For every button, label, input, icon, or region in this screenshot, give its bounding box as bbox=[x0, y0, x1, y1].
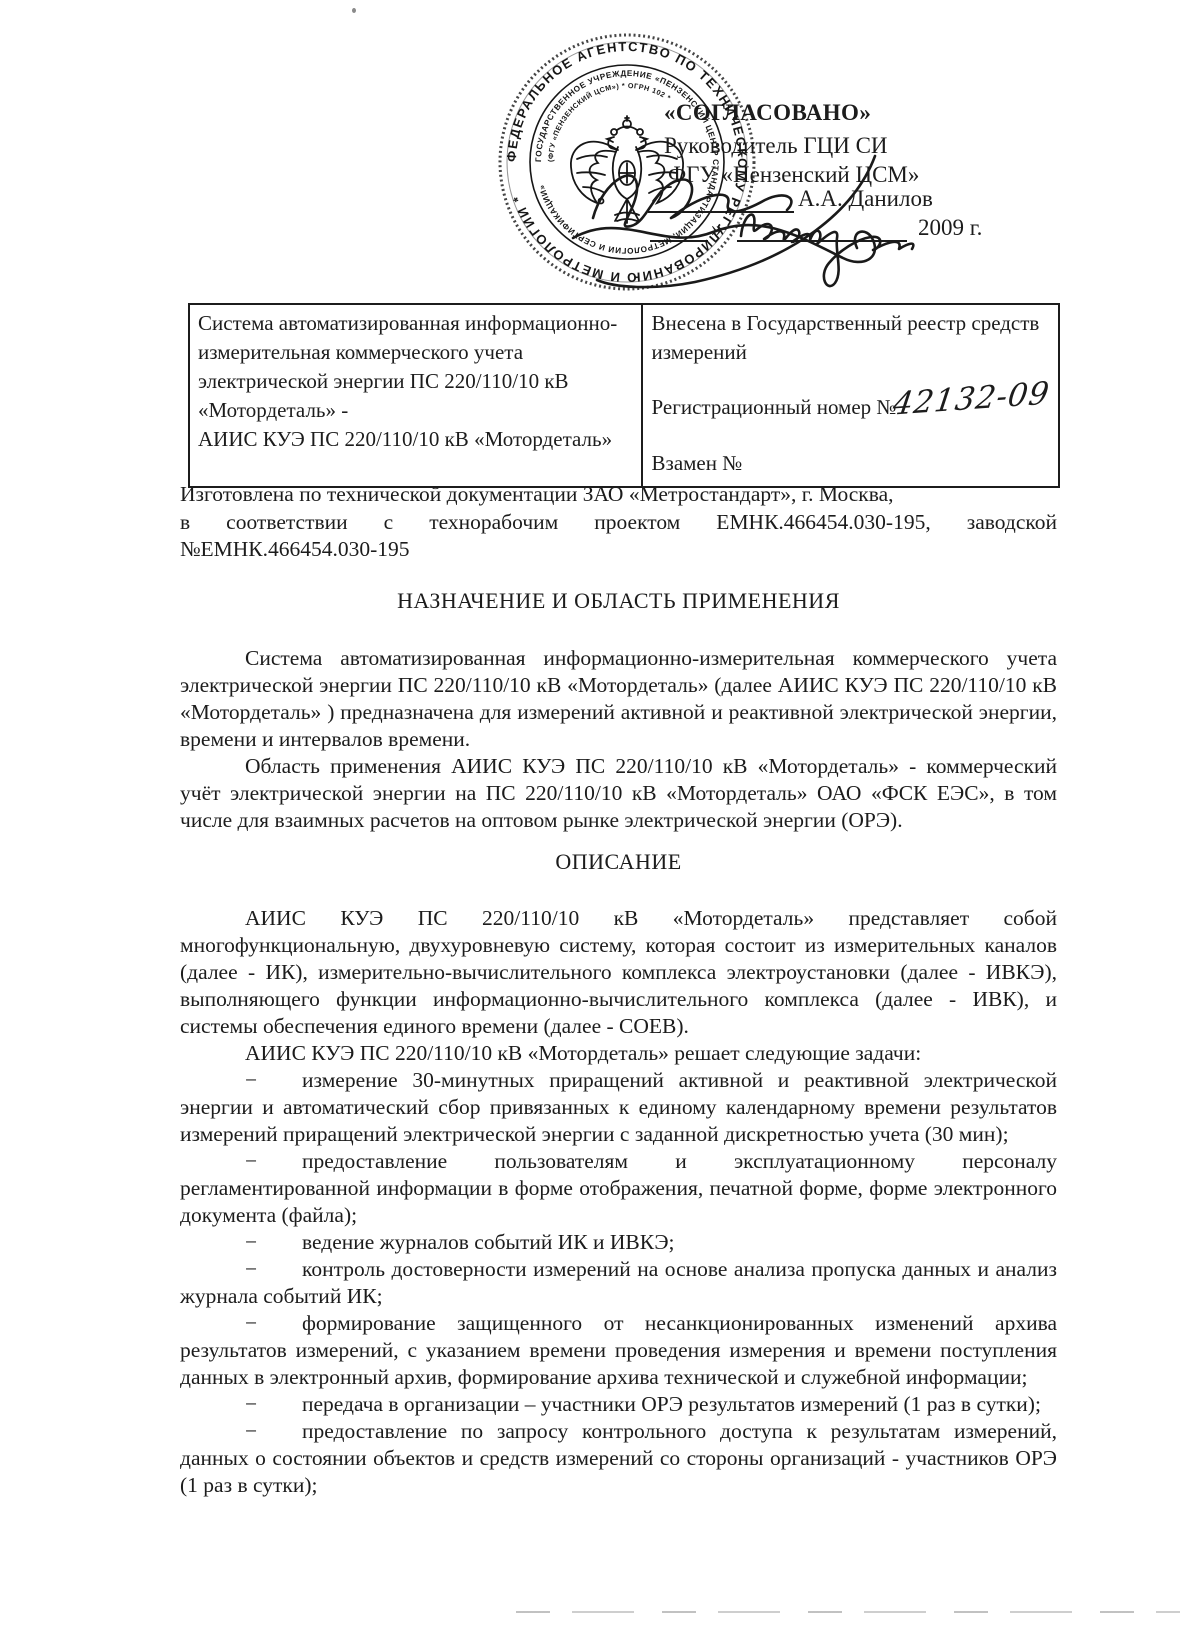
signature-scrawl bbox=[593, 175, 791, 226]
task-item: −измерение 30-минутных приращений активн… bbox=[180, 1067, 1057, 1148]
task-item: −предоставление по запросу контрольного … bbox=[180, 1418, 1057, 1499]
bullet-dash: − bbox=[245, 1391, 302, 1418]
task-text: передача в организации – участники ОРЭ р… bbox=[302, 1392, 1041, 1416]
purpose-body: Система автоматизированная информационно… bbox=[180, 645, 1057, 834]
bullet-dash: − bbox=[245, 1067, 302, 1094]
task-text: ведение журналов событий ИК и ИВКЭ; bbox=[302, 1230, 675, 1254]
application-paragraph: Область применения АИИС КУЭ ПС 220/110/1… bbox=[180, 753, 1057, 834]
section-heading-purpose: НАЗНАЧЕНИЕ И ОБЛАСТЬ ПРИМЕНЕНИЯ bbox=[180, 588, 1057, 614]
replaces-label: Взамен № bbox=[652, 449, 1050, 478]
task-text: предоставление пользователям и эксплуата… bbox=[180, 1149, 1057, 1227]
description-body: АИИС КУЭ ПС 220/110/10 кВ «Мотордеталь» … bbox=[180, 905, 1057, 1499]
bullet-dash: − bbox=[245, 1256, 302, 1283]
task-item: −формирование защищенного от несанкциони… bbox=[180, 1310, 1057, 1391]
bullet-dash: − bbox=[245, 1310, 302, 1337]
scan-artifact-line bbox=[516, 1611, 1180, 1613]
registry-entry-text: Внесена в Государственный реестр средств… bbox=[652, 309, 1050, 367]
bullet-dash: − bbox=[245, 1229, 302, 1256]
bullet-dash: − bbox=[245, 1418, 302, 1445]
registration-number-row: Регистрационный номер №42132-09 bbox=[652, 390, 1050, 422]
registration-number-handwritten: 42132-09 bbox=[892, 379, 1052, 419]
manufacturer-line3: №ЕМНК.466454.030-195 bbox=[180, 536, 1057, 564]
purpose-paragraph: Система автоматизированная информационно… bbox=[180, 645, 1057, 753]
task-text: контроль достоверности измерений на осно… bbox=[180, 1257, 1057, 1308]
task-item: −ведение журналов событий ИК и ИВКЭ; bbox=[180, 1229, 1057, 1256]
registry-cell: Внесена в Государственный реестр средств… bbox=[643, 305, 1058, 486]
task-item: −передача в организации – участники ОРЭ … bbox=[180, 1391, 1057, 1418]
registration-number-label: Регистрационный номер № bbox=[652, 395, 897, 419]
section-heading-description: ОПИСАНИЕ bbox=[180, 849, 1057, 875]
bullet-dash: − bbox=[245, 1148, 302, 1175]
system-name-cell: Система автоматизированная информационно… bbox=[190, 305, 643, 486]
title-table: Система автоматизированная информационно… bbox=[188, 303, 1060, 488]
manufacturer-line2: в соответствии с технорабочим проектом Е… bbox=[180, 509, 1057, 537]
document-page: «СОГЛАСОВАНО» Руководитель ГЦИ СИ ФГУ «П… bbox=[0, 0, 1181, 1650]
task-item: −контроль достоверности измерений на осн… bbox=[180, 1256, 1057, 1310]
task-text: измерение 30-минутных приращений активно… bbox=[180, 1068, 1057, 1146]
manufacturer-block: Изготовлена по технической документации … bbox=[180, 481, 1057, 564]
handwritten-ink-overlay bbox=[545, 140, 1045, 300]
signature-flourish bbox=[573, 225, 875, 262]
description-paragraph: АИИС КУЭ ПС 220/110/10 кВ «Мотордеталь» … bbox=[180, 905, 1057, 1040]
task-text: формирование защищенного от несанкционир… bbox=[180, 1311, 1057, 1389]
task-text: предоставление по запросу контрольного д… bbox=[180, 1419, 1057, 1497]
scan-speck bbox=[352, 8, 356, 13]
tasks-intro-paragraph: АИИС КУЭ ПС 220/110/10 кВ «Мотордеталь» … bbox=[180, 1040, 1057, 1067]
task-item: −предоставление пользователям и эксплуат… bbox=[180, 1148, 1057, 1229]
